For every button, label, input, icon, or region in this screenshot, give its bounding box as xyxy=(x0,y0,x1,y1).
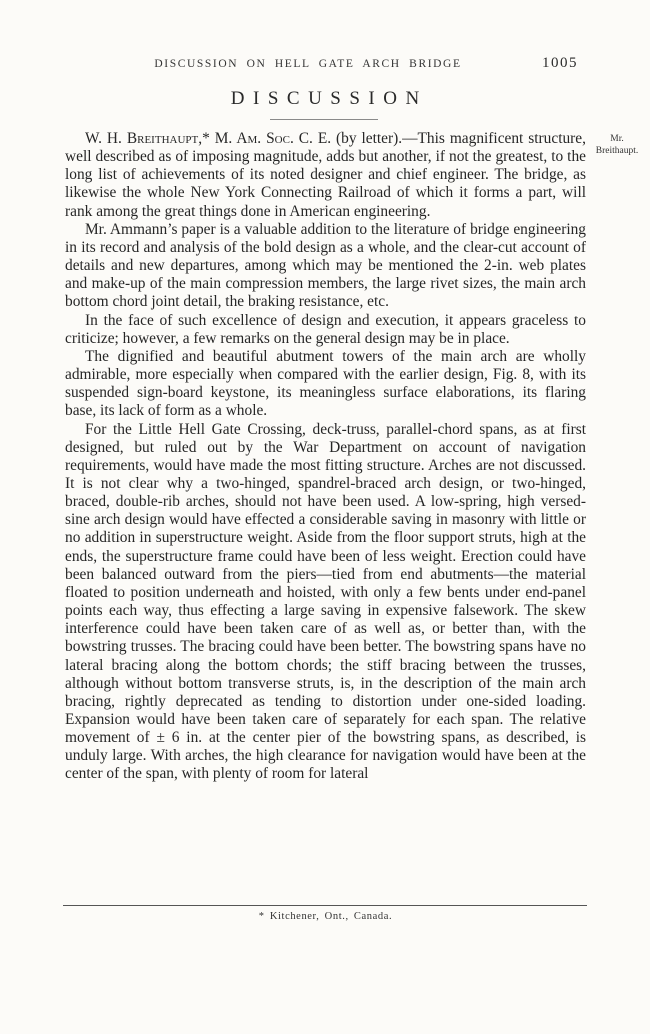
paragraph-opening: W. H. Breithaupt,* M. Am. Soc. C. E. (by… xyxy=(65,130,586,221)
paragraph-5: For the Little Hell Gate Crossing, deck-… xyxy=(65,421,586,784)
footnote-rule xyxy=(63,905,587,906)
speaker-name: Breithaupt xyxy=(127,130,198,147)
footnote: * Kitchener, Ont., Canada. xyxy=(65,911,586,922)
document-page: DISCUSSION ON HELL GATE ARCH BRIDGE 1005… xyxy=(0,0,650,1034)
section-title: DISCUSSION xyxy=(0,88,650,110)
paragraph-4: The dignified and beautiful abutment tow… xyxy=(65,348,586,421)
running-head: DISCUSSION ON HELL GATE ARCH BRIDGE xyxy=(52,58,564,70)
lead-in: (by letter).— xyxy=(331,130,417,147)
footnote-marker: ,* xyxy=(198,130,215,147)
title-rule xyxy=(270,119,378,120)
speaker-initials: W. H. xyxy=(85,130,127,147)
margin-note-line2: Breithaupt. xyxy=(584,146,650,158)
paragraph-3: In the face of such excellence of design… xyxy=(65,312,586,348)
paragraph-2: Mr. Ammann’s paper is a valuable additio… xyxy=(65,221,586,312)
margin-note-line1: Mr. xyxy=(584,134,650,146)
margin-note-speaker: Mr. Breithaupt. xyxy=(584,134,650,157)
discussion-body: W. H. Breithaupt,* M. Am. Soc. C. E. (by… xyxy=(65,130,586,784)
page-number: 1005 xyxy=(542,55,578,72)
speaker-affiliation: M. Am. Soc. C. E. xyxy=(215,130,331,147)
